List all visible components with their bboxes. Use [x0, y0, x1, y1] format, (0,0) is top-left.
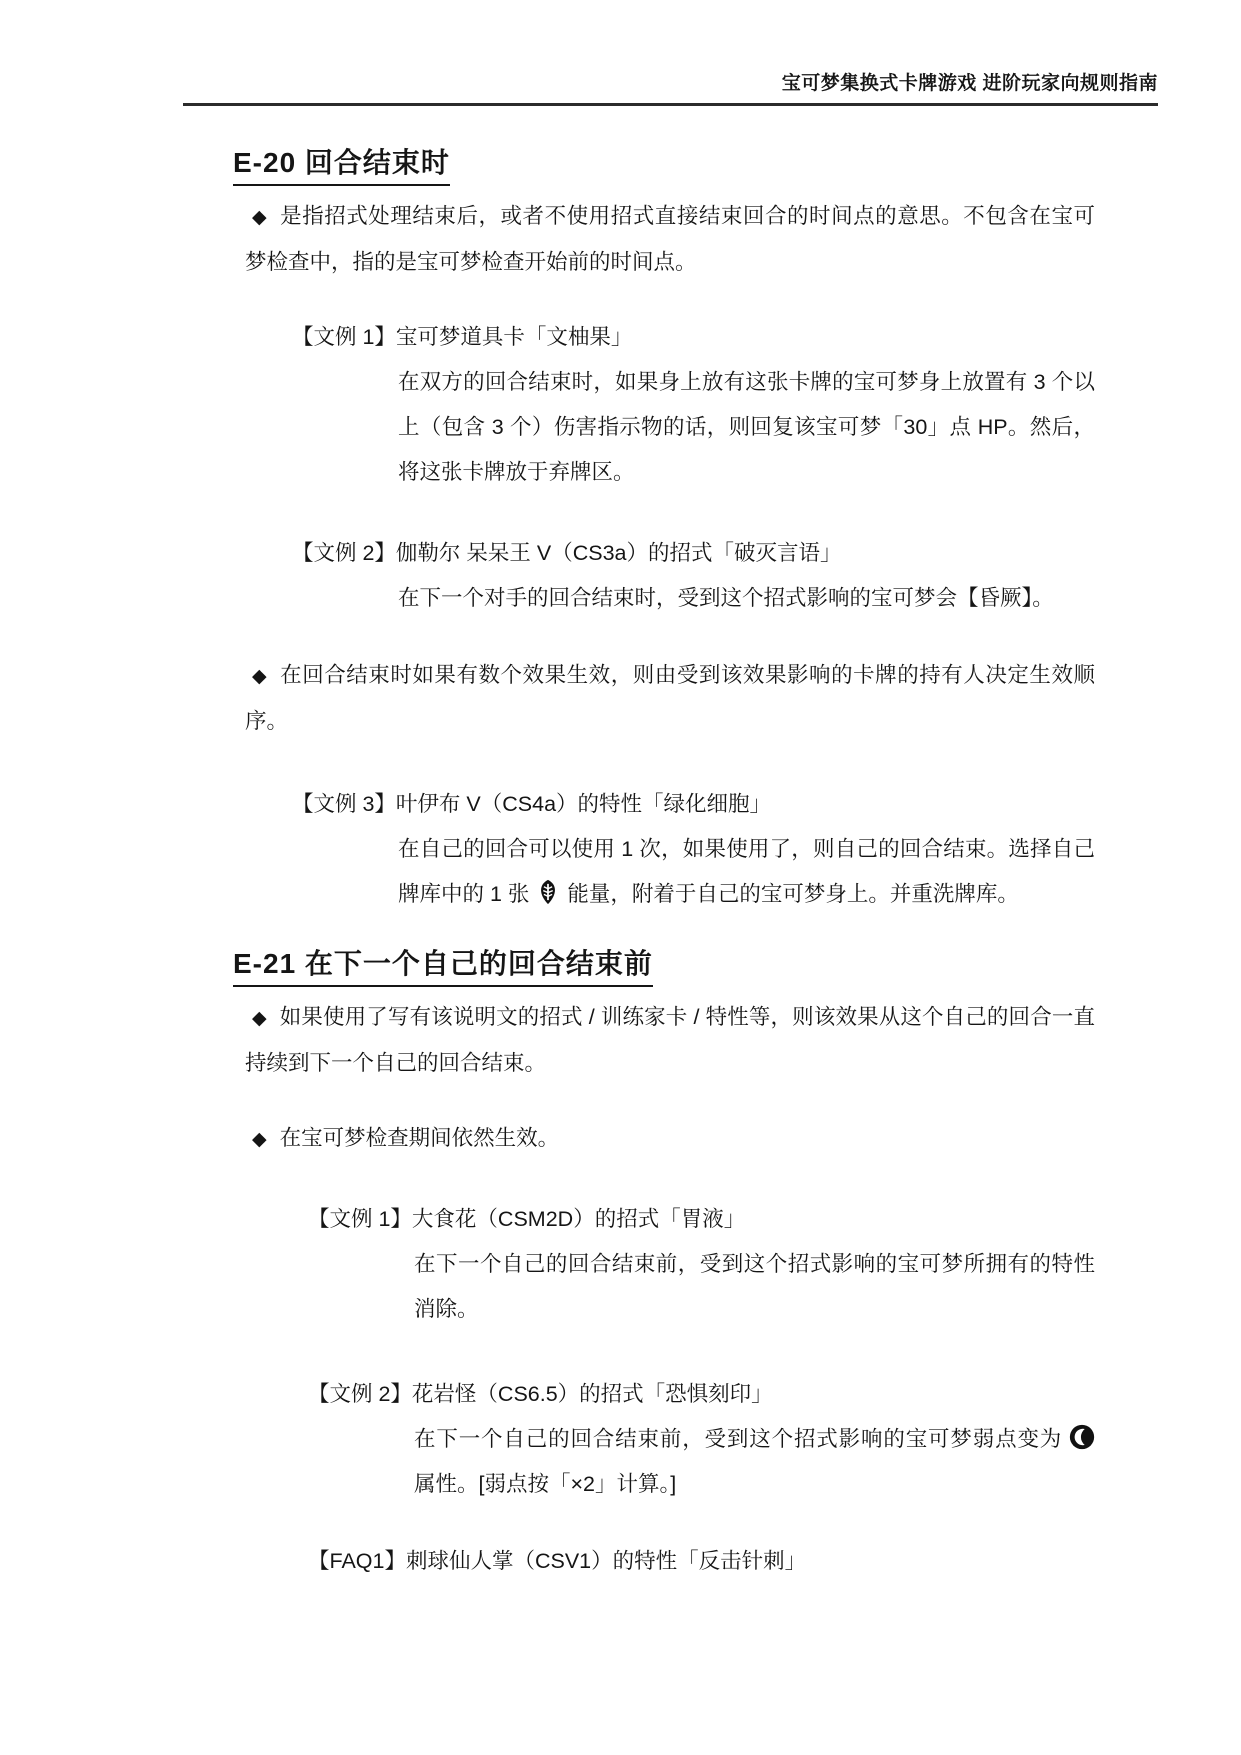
example-label: 【文例 3】叶伊布 V（CS4a）的特性「绿化细胞」: [292, 782, 1158, 827]
example-label: 【文例 1】大食花（CSM2D）的招式「胃液」: [308, 1197, 1158, 1242]
example-body: 在下一个自己的回合结束前，受到这个招式影响的宝可梦弱点变为 属性。[弱点按「×2…: [414, 1417, 1095, 1507]
example-body-text: 在下一个自己的回合结束前，受到这个招式影响的宝可梦弱点变为: [414, 1427, 1062, 1451]
example-block: 【文例 2】伽勒尔 呆呆王 V（CS3a）的招式「破灭言语」 在下一个对手的回合…: [292, 531, 1158, 621]
section-heading-e20: E-20 回合结束时: [233, 144, 450, 186]
diamond-bullet-icon: ◆: [252, 666, 267, 687]
example-body: 在双方的回合结束时，如果身上放有这张卡牌的宝可梦身上放置有 3 个以上（包含 3…: [398, 360, 1095, 495]
darkness-energy-icon: [1069, 1424, 1095, 1450]
grass-energy-icon: [535, 879, 561, 905]
example-label: 【文例 1】宝可梦道具卡「文柚果」: [292, 315, 1158, 360]
example-block: 【文例 3】叶伊布 V（CS4a）的特性「绿化细胞」 在自己的回合可以使用 1 …: [292, 782, 1158, 917]
example-block: 【文例 2】花岩怪（CS6.5）的招式「恐惧刻印」 在下一个自己的回合结束前，受…: [308, 1372, 1158, 1507]
page-header-title: 宝可梦集换式卡牌游戏 进阶玩家向规则指南: [183, 70, 1158, 98]
bullet-paragraph: ◆是指招式处理结束后，或者不使用招式直接结束回合的时间点的意思。不包含在宝可梦检…: [245, 194, 1095, 285]
example-body: 在自己的回合可以使用 1 次，如果使用了，则自己的回合结束。选择自己牌库中的 1…: [398, 827, 1095, 917]
bullet-text: 如果使用了写有该说明文的招式 / 训练家卡 / 特性等，则该效果从这个自己的回合…: [245, 1005, 1095, 1075]
example-label: 【文例 2】伽勒尔 呆呆王 V（CS3a）的招式「破灭言语」: [292, 531, 1158, 576]
bullet-paragraph: ◆在回合结束时如果有数个效果生效，则由受到该效果影响的卡牌的持有人决定生效顺序。: [245, 653, 1095, 744]
document-page: 宝可梦集换式卡牌游戏 进阶玩家向规则指南 E-20 回合结束时 ◆是指招式处理结…: [0, 0, 1241, 1755]
faq-label: 【FAQ1】刺球仙人掌（CSV1）的特性「反击针刺」: [308, 1539, 1158, 1584]
bullet-paragraph: ◆如果使用了写有该说明文的招式 / 训练家卡 / 特性等，则该效果从这个自己的回…: [245, 995, 1095, 1086]
bullet-paragraph: ◆在宝可梦检查期间依然生效。: [245, 1116, 1095, 1162]
faq-block: 【FAQ1】刺球仙人掌（CSV1）的特性「反击针刺」: [308, 1539, 1158, 1584]
example-body: 在下一个对手的回合结束时，受到这个招式影响的宝可梦会【昏厥】。: [398, 576, 1095, 621]
diamond-bullet-icon: ◆: [252, 207, 267, 228]
diamond-bullet-icon: ◆: [252, 1008, 267, 1029]
example-body-text: 能量，附着于自己的宝可梦身上。并重洗牌库。: [567, 882, 1019, 906]
bullet-text: 在宝可梦检查期间依然生效。: [280, 1126, 560, 1150]
example-block: 【文例 1】宝可梦道具卡「文柚果」 在双方的回合结束时，如果身上放有这张卡牌的宝…: [292, 315, 1158, 495]
bullet-text: 在回合结束时如果有数个效果生效，则由受到该效果影响的卡牌的持有人决定生效顺序。: [245, 663, 1095, 733]
diamond-bullet-icon: ◆: [252, 1129, 267, 1150]
example-label: 【文例 2】花岩怪（CS6.5）的招式「恐惧刻印」: [308, 1372, 1158, 1417]
example-block: 【文例 1】大食花（CSM2D）的招式「胃液」 在下一个自己的回合结束前，受到这…: [308, 1197, 1158, 1332]
section-heading-e21: E-21 在下一个自己的回合结束前: [233, 945, 653, 987]
example-body-text: 属性。[弱点按「×2」计算。]: [414, 1472, 676, 1496]
example-body: 在下一个自己的回合结束前，受到这个招式影响的宝可梦所拥有的特性消除。: [414, 1242, 1095, 1332]
bullet-text: 是指招式处理结束后，或者不使用招式直接结束回合的时间点的意思。不包含在宝可梦检查…: [245, 204, 1095, 274]
